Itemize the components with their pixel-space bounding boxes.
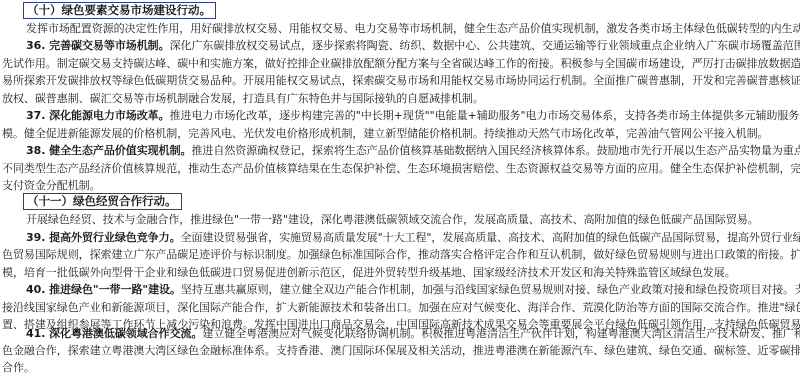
item-37-line-2: 模。健全促进新能源发展的价格机制，完善风电、光伏发电价格形成机制，建立新型储能价…	[2, 127, 800, 141]
item-38-text: 推进自然资源确权登记，探索将生态产品价值核算基础数据纳入国民经济核算体系。鼓励地…	[191, 144, 800, 157]
item-40-text: 坚持互惠共赢原则，建立健全双边产能合作机制，加强与沿线国家绿色贸易规则对接、绿色…	[181, 283, 800, 296]
item-36-line-3: 易所探索开发碳排放权等绿色低碳期货交易品种。开展用能权交易试点，探索碳交易市场和…	[2, 74, 800, 88]
item-39-line-1: 39. 提高外贸行业绿色竞争力。全面建设贸易强省，实施贸易高质量发展"十大工程"…	[26, 231, 800, 245]
item-36-line-1: 36. 完善碳交易等市场机制。深化广东碳排放权交易试点，逐步探索将陶瓷、纺织、数…	[26, 39, 800, 53]
item-39-text: 全面建设贸易强省，实施贸易高质量发展"十大工程"，发展高质量、高技术、高附加值的…	[181, 231, 800, 244]
item-37-title: 37. 深化能源电力市场改革。	[26, 109, 170, 122]
item-41-text: 建立健全粤港澳应对气候变化联络协调机制。积极推进粤港清洁生产伙伴计划，构建粤港澳…	[202, 327, 800, 340]
item-39-line-3: 模，培育一批低碳外向型骨干企业和绿色低碳进口贸易促进创新示范区，促进外贸转型升级…	[2, 266, 800, 280]
item-36-line-4: 放权、碳普惠制、碳汇交易等市场机制融合发展，打造具有广东特色并与国际接轨的自愿减…	[2, 92, 800, 106]
item-40-title: 40. 推进绿色"一带一路"建设。	[26, 283, 181, 296]
item-38-line-3: 支付资金分配机制。	[2, 179, 800, 193]
item-37-text: 推进电力市场化改革，逐步构建完善的"中长期+现货""电能量+辅助服务"电力市场交…	[170, 109, 800, 122]
section-heading-11: （十一）绿色经贸合作行动。	[23, 193, 182, 210]
item-38-line-2: 不同类型生态产品经济价值核算规范，推动生态产品价值核算结果在生态保护补偿、生态环…	[2, 162, 800, 176]
item-40-line-2: 接沿线国家绿色产业和新能源项目，深化国际产能合作，扩大新能源技术和装备出口。加强…	[2, 301, 800, 315]
section-11-intro: 开展绿色经贸、技术与金融合作，推进绿色"一带一路"建设，深化粤港澳低碳领域交流合…	[26, 213, 800, 227]
item-38-line-1: 38. 健全生态产品价值实现机制。推进自然资源确权登记，探索将生态产品价值核算基…	[26, 144, 800, 158]
policy-document: （十）绿色要素交易市场建设行动。 发挥市场配置资源的决定性作用，用好碳排放权交易…	[0, 0, 800, 376]
item-38-title: 38. 健全生态产品价值实现机制。	[26, 144, 191, 157]
item-36-title: 36. 完善碳交易等市场机制。	[26, 39, 170, 52]
item-37-line-1: 37. 深化能源电力市场改革。推进电力市场化改革，逐步构建完善的"中长期+现货"…	[26, 109, 800, 123]
item-36-line-2: 先试作用。制定碳交易支持碳达峰、碳中和实施方案，做好控排企业碳排放配额分配方案与…	[2, 57, 800, 71]
item-41-line-2: 色金融合作，探索建立粤港澳大湾区绿色金融标准体系。支持香港、澳门国际环保展及相关…	[2, 344, 800, 358]
item-41-title: 41. 深化粤港澳低碳领域合作交流。	[26, 327, 202, 340]
section-10-intro: 发挥市场配置资源的决定性作用，用好碳排放权交易、用能权交易、电力交易等市场机制，…	[26, 22, 800, 36]
item-36-text: 深化广东碳排放权交易试点，逐步探索将陶瓷、纺织、数据中心、公共建筑、交通运输等行…	[170, 39, 800, 52]
item-41-line-1: 41. 深化粤港澳低碳领域合作交流。建立健全粤港澳应对气候变化联络协调机制。积极…	[26, 327, 800, 341]
item-39-title: 39. 提高外贸行业绿色竞争力。	[26, 231, 181, 244]
item-41-line-3: 合作。	[2, 361, 800, 375]
item-40-line-1: 40. 推进绿色"一带一路"建设。坚持互惠共赢原则，建立健全双边产能合作机制，加…	[26, 283, 800, 297]
section-heading-10: （十）绿色要素交易市场建设行动。	[23, 2, 216, 19]
item-39-line-2: 色贸易国际规则，探索建立广东产品碳足迹评价与标识制度。加强绿色标准国际合作，推动…	[2, 248, 800, 262]
